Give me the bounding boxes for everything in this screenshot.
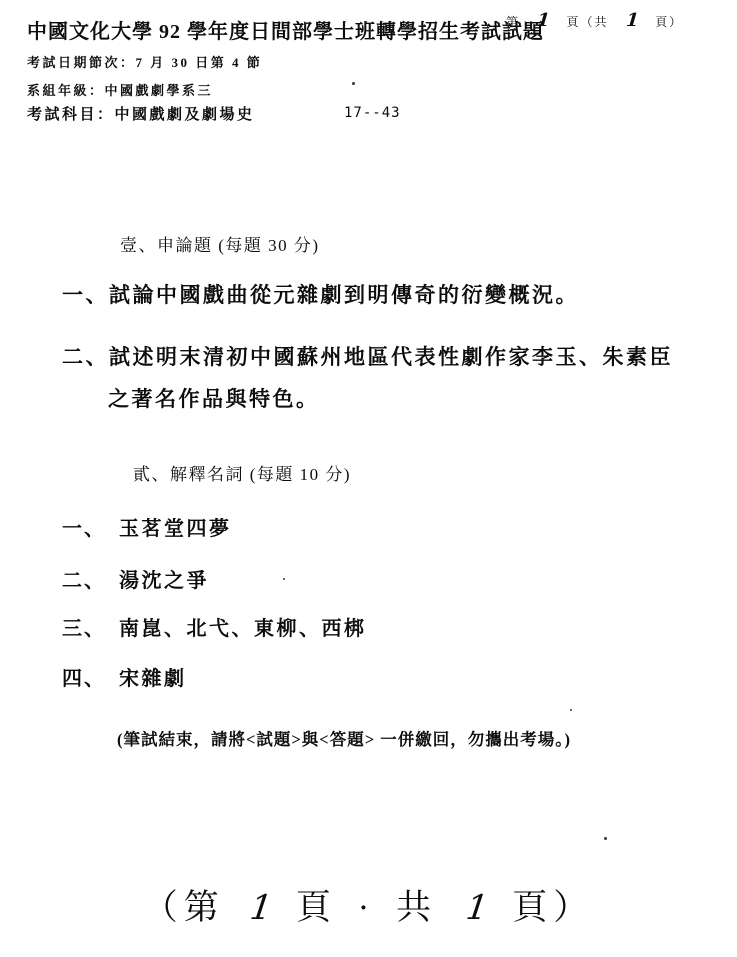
page-number-header: 第 1 頁（共 1 頁） xyxy=(506,10,683,31)
essay-question-2-line-2: 之著名作品與特色。 xyxy=(108,383,320,413)
term-number: 二、 xyxy=(62,570,106,592)
term-text: 湯沈之爭 xyxy=(119,570,209,592)
handwritten-total-pages: 1 xyxy=(623,10,642,31)
term-number: 一、 xyxy=(62,518,106,540)
department-line: 系組年級：中國戲劇學系三 xyxy=(27,80,213,99)
exam-date-line: 考試日期節次：7 月 30 日第 4 節 xyxy=(27,52,262,71)
footer-page-label: 頁 xyxy=(296,880,337,930)
essay-section-heading: 壹、申論題 (每題 30 分) xyxy=(120,231,320,256)
term-text: 宋雜劇 xyxy=(119,668,187,690)
term-item: 一、玉茗堂四夢 xyxy=(62,512,232,541)
return-instruction-note: (筆試結束，請將<試題>與<答題> 一併繳回，勿攜出考場。) xyxy=(117,726,571,750)
page-middle-label: 頁（共 xyxy=(567,10,609,30)
term-item: 三、南崑、北弋、東柳、西梆 xyxy=(62,612,367,641)
scan-speck xyxy=(604,837,607,840)
footer-total-label: 共 xyxy=(396,880,437,930)
scan-speck xyxy=(352,82,355,85)
term-item: 四、宋雜劇 xyxy=(62,662,187,691)
footer-open-label: （第 xyxy=(143,880,225,930)
exam-paper-page: 中國文化大學 92 學年度日間部學士班轉學招生考試試題 第 1 頁（共 1 頁）… xyxy=(0,0,737,957)
essay-question-2-line-1: 二、試述明末清初中國蘇州地區代表性劇作家李玉、朱素臣 xyxy=(62,341,673,371)
page-prefix-label: 第 xyxy=(506,10,520,30)
term-item: 二、湯沈之爭 xyxy=(62,564,209,593)
footer-close-label: 頁） xyxy=(512,880,594,930)
footer-separator-dot: · xyxy=(358,888,376,928)
term-text: 玉茗堂四夢 xyxy=(119,518,232,540)
handwritten-page-number: 1 xyxy=(243,888,278,928)
terms-section-heading: 貳、解釋名詞 (每題 10 分) xyxy=(133,460,351,485)
handwritten-page-number: 1 xyxy=(534,10,553,31)
scan-speck xyxy=(347,620,349,622)
scan-speck xyxy=(570,709,572,711)
page-number-footer: （第 1 頁 · 共 1 頁） xyxy=(0,880,737,930)
term-number: 三、 xyxy=(62,618,106,640)
handwritten-total-pages: 1 xyxy=(459,888,494,928)
term-number: 四、 xyxy=(62,668,106,690)
exam-title: 中國文化大學 92 學年度日間部學士班轉學招生考試試題 xyxy=(27,15,544,44)
scan-speck xyxy=(283,578,285,580)
essay-question-1: 一、試論中國戲曲從元雜劇到明傳奇的衍變概況。 xyxy=(62,279,579,309)
term-text: 南崑、北弋、東柳、西梆 xyxy=(119,618,367,640)
subject-line: 考試科目：中國戲劇及劇場史 xyxy=(27,103,255,124)
page-suffix-label: 頁） xyxy=(655,10,683,30)
subject-code: 17--43 xyxy=(344,105,401,121)
